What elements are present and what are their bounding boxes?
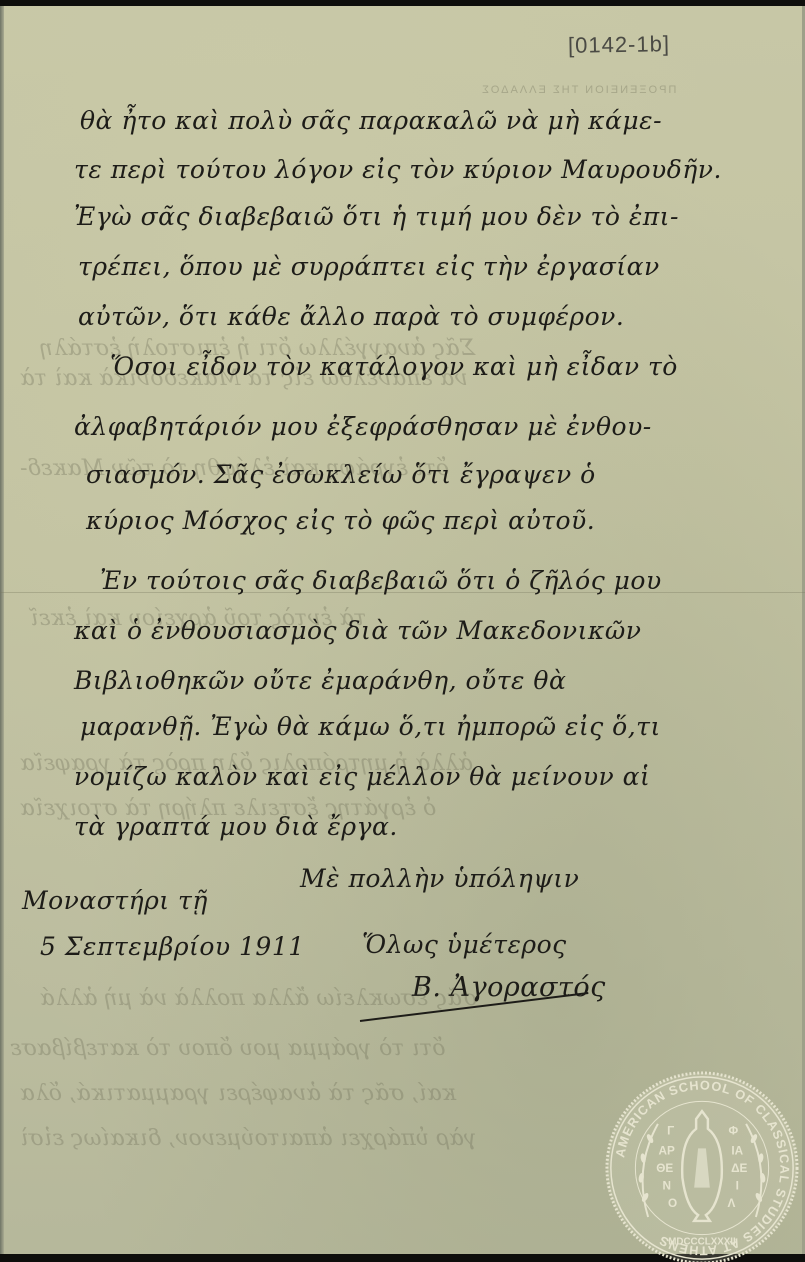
page-left-edge (0, 6, 4, 1254)
svg-text:Λ: Λ (727, 1197, 735, 1210)
letter-line: τρέπει, ὅπου μὲ συρράπτει εἰς τὴν ἐργασί… (78, 252, 660, 281)
letter-line: Βιβλιοθηκῶν οὔτε ἐμαράνθη, οὔτε θὰ (74, 666, 566, 695)
embossed-seal-icon: AMERICAN SCHOOL OF CLASSICAL STUDIES AT … (604, 1070, 800, 1262)
letter-line: αὐτῶν, ὅτι κάθε ἄλλο παρὰ τὸ συμφέρον. (78, 302, 624, 331)
letter-line: νομίζω καλὸν καὶ εἰς μέλλον θὰ μείνουν α… (74, 762, 650, 791)
letter-line: τὰ γραπτά μου διὰ ἔργα. (74, 812, 398, 841)
letter-line: κύριος Μόσχος εἰς τὸ φῶς περὶ αὐτοῦ. (86, 506, 595, 535)
letter-page: [0142-1b] ΠΡΟΞΕΝΕΙΟΝ ΤΗΣ ΕΛΛΑΔΟΣ Σᾶς ἀνα… (0, 6, 805, 1254)
svg-text:Ι: Ι (736, 1180, 739, 1193)
letterhead-bleed-through: ΠΡΟΞΕΝΕΙΟΝ ΤΗΣ ΕΛΛΑΔΟΣ (480, 84, 676, 96)
bleed-through-line: καί, σᾶς τὰ ἀναφέρει γραμματικά, ὅλα (20, 1081, 456, 1106)
closing-valediction: Ὅλως ὑμέτερος (362, 930, 567, 959)
bleed-through-line: ὅτι τὸ γράμμα μου ὅπου τὸ κατεβίβασε (10, 1036, 445, 1061)
archive-reference: [0142-1b] (568, 31, 670, 59)
letter-line: τε περὶ τούτου λόγον εἰς τὸν κύριον Μαυρ… (74, 155, 722, 184)
bleed-through-line: γὰρ ὑπάρχει ἀπαιτούμενον, δικαίως εἰσὶ (20, 1126, 477, 1151)
svg-text:MDCCCLXXXII: MDCCCLXXXII (668, 1236, 736, 1247)
svg-text:ΘΕ: ΘΕ (656, 1162, 673, 1175)
svg-text:Φ: Φ (729, 1125, 739, 1138)
closing-date: 5 Σεπτεμβρίου 1911 (40, 932, 305, 961)
signature: Β. Ἀγοραστός (412, 972, 606, 1003)
svg-text:Ο: Ο (668, 1197, 677, 1210)
closing-salutation: Μὲ πολλὴν ὑπόληψιν (300, 864, 579, 893)
svg-text:ΔΕ: ΔΕ (731, 1162, 747, 1175)
closing-place: Μοναστήρι τῇ (22, 886, 208, 915)
svg-text:ΑΡ: ΑΡ (659, 1144, 675, 1157)
letter-line: μαρανθῇ. Ἐγὼ θὰ κάμω ὅ,τι ἠμπορῶ εἰς ὅ,τ… (80, 712, 661, 741)
letter-line: καὶ ὁ ἐνθουσιασμὸς διὰ τῶν Μακεδονικῶν (74, 616, 641, 645)
letter-line: Ἐν τούτοις σᾶς διαβεβαιῶ ὅτι ὁ ζῆλός μου (100, 566, 662, 595)
svg-text:Ν: Ν (662, 1180, 671, 1193)
letter-line: Ὅσοι εἶδον τὸν κατάλογον καὶ μὴ εἶδαν τὸ (110, 352, 678, 381)
letter-line: Ἐγὼ σᾶς διαβεβαιῶ ὅτι ἡ τιμή μου δὲν τὸ … (74, 202, 679, 231)
svg-text:Γ: Γ (667, 1125, 674, 1138)
letter-line: ἀλφαβητάριόν μου ἐξεφράσθησαν μὲ ἐνθου- (74, 412, 652, 441)
svg-text:ΙΑ: ΙΑ (731, 1144, 743, 1157)
letter-line: θὰ ἦτο καὶ πολὺ σᾶς παρακαλῶ νὰ μὴ κάμε- (80, 106, 662, 135)
letter-line: σιασμόν. Σᾶς ἐσωκλείω ὅτι ἔγραψεν ὁ (86, 460, 596, 489)
